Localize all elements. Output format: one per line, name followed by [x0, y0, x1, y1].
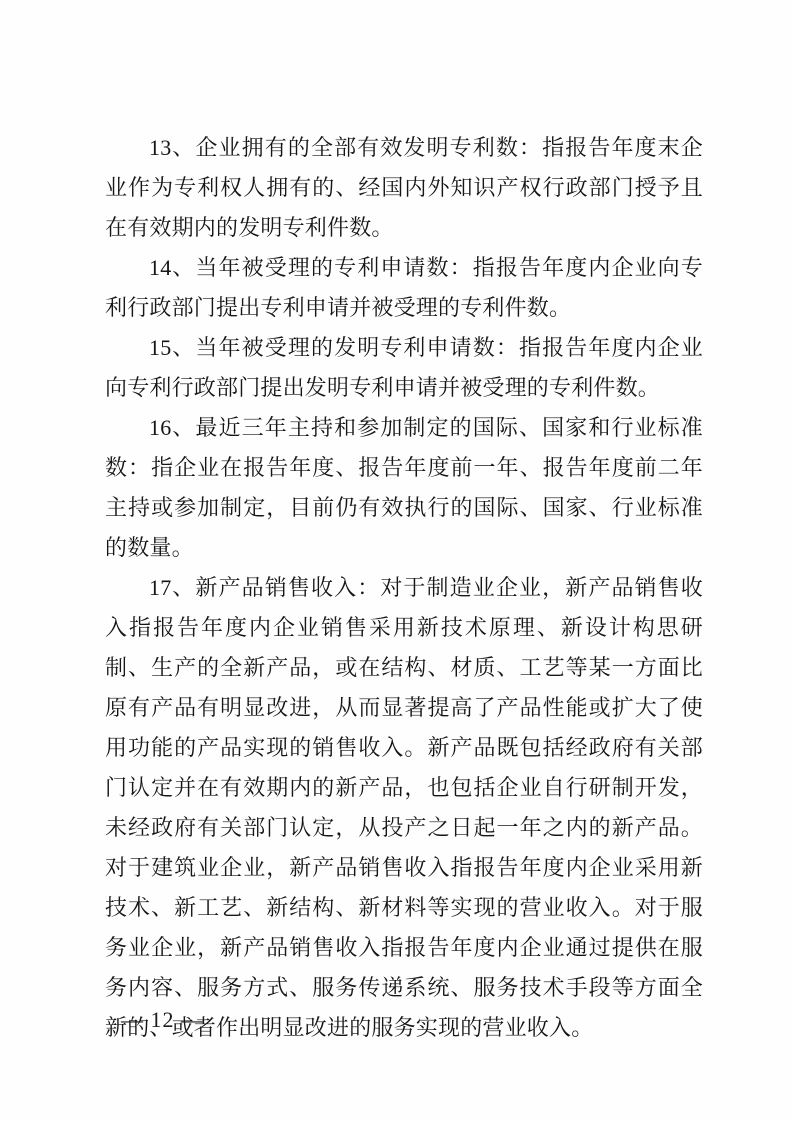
- paragraph-item-14: 14、当年被受理的专利申请数：指报告年度内企业向专利行政部门提出专利申请并被受理…: [105, 248, 703, 328]
- paragraph-item-15: 15、当年被受理的发明专利申请数：指报告年度内企业向专利行政部门提出发明专利申请…: [105, 328, 703, 408]
- page-number: — 12 —: [121, 1005, 204, 1035]
- paragraph-item-16: 16、最近三年主持和参加制定的国际、国家和行业标准数：指企业在报告年度、报告年度…: [105, 408, 703, 568]
- paragraph-item-13: 13、企业拥有的全部有效发明专利数：指报告年度末企业作为专利权人拥有的、经国内外…: [105, 128, 703, 248]
- paragraph-item-17: 17、新产品销售收入：对于制造业企业，新产品销售收入指报告年度内企业销售采用新技…: [105, 568, 703, 1048]
- document-body: 13、企业拥有的全部有效发明专利数：指报告年度末企业作为专利权人拥有的、经国内外…: [105, 128, 703, 1048]
- document-page: 13、企业拥有的全部有效发明专利数：指报告年度末企业作为专利权人拥有的、经国内外…: [0, 0, 793, 1122]
